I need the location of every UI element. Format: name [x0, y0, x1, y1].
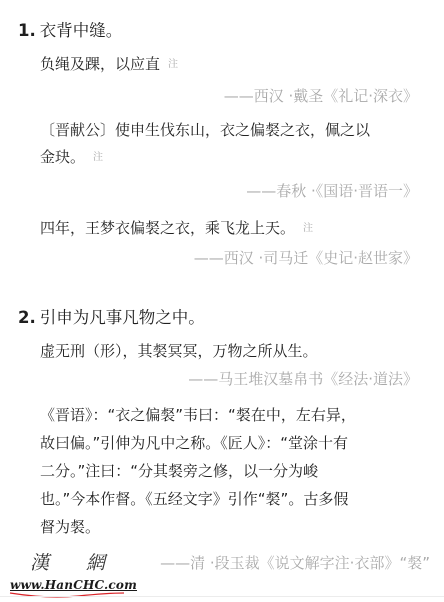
watermark-url: www.HanCHC.com — [10, 578, 137, 592]
example-paragraph: 《晋语》：“衣之偏裻”韦曰：“裻在中，左右异， 故曰偏。”引伸为凡中之称。《匠人… — [40, 401, 425, 541]
watermark-char: 網 — [86, 548, 105, 575]
paragraph-line: 二分。”注曰：“分其裻旁之修，以一分为峻 — [40, 457, 425, 485]
example-quote: 金玦。注 — [40, 146, 103, 167]
example-attribution: ——西汉 ·司马迁《史记·赵世家》 — [194, 247, 418, 268]
example-attribution: ——西汉 ·戴圣《礼记·深衣》 — [224, 85, 418, 106]
note-link[interactable]: 注 — [303, 223, 313, 234]
example-quote: 负绳及踝，以应直注 — [40, 53, 178, 74]
note-link[interactable]: 注 — [93, 152, 103, 163]
definition-1-heading: 1.衣背中缝。 — [18, 17, 122, 41]
quote-line: 四年，王梦衣偏裻之衣，乘飞龙上天。 — [40, 219, 295, 237]
divider — [0, 596, 444, 597]
paragraph-line: 故曰偏。”引伸为凡中之称。《匠人》：“堂涂十有 — [40, 429, 425, 457]
note-link[interactable]: 注 — [168, 59, 178, 70]
quote-line: 金玦。 — [40, 148, 85, 166]
quote-line: 虚无刑（形），其裻冥冥，万物之所从生。 — [40, 342, 318, 360]
definition-2-heading: 2.引申为凡事凡物之中。 — [18, 304, 205, 328]
definition-number: 1. — [18, 21, 36, 40]
quote-line: 负绳及踝，以应直 — [40, 55, 160, 73]
watermark-char: 漢 — [30, 548, 49, 575]
paragraph-line: 《晋语》：“衣之偏裻”韦曰：“裻在中，左右异， — [40, 401, 425, 429]
paragraph-line: 也。”今本作督。《五经文字》引作“裻”。古多假 — [40, 485, 425, 513]
example-attribution: ——马王堆汉墓帛书《经法·道法》 — [188, 368, 418, 389]
paragraph-line: 督为裻。 — [40, 513, 425, 541]
example-attribution: ——清 ·段玉裁《说文解字注·衣部》“裻” — [160, 552, 430, 573]
example-quote: 四年，王梦衣偏裻之衣，乘飞龙上天。注 — [40, 217, 313, 238]
watermark-logo: 漢 網 www.HanCHC.com — [8, 548, 138, 598]
definition-text: 衣背中缝。 — [40, 21, 123, 40]
watermark-swoosh-icon — [8, 592, 126, 598]
example-quote: 虚无刑（形），其裻冥冥，万物之所从生。 — [40, 340, 318, 361]
example-quote: 〔晋献公〕使申生伐东山，衣之偏裻之衣，佩之以 — [40, 119, 370, 140]
definition-number: 2. — [18, 308, 36, 327]
example-attribution: ——春秋 ·《国语·晋语一》 — [246, 180, 418, 201]
quote-line: 〔晋献公〕使申生伐东山，衣之偏裻之衣，佩之以 — [40, 121, 370, 139]
definition-text: 引申为凡事凡物之中。 — [40, 308, 205, 327]
